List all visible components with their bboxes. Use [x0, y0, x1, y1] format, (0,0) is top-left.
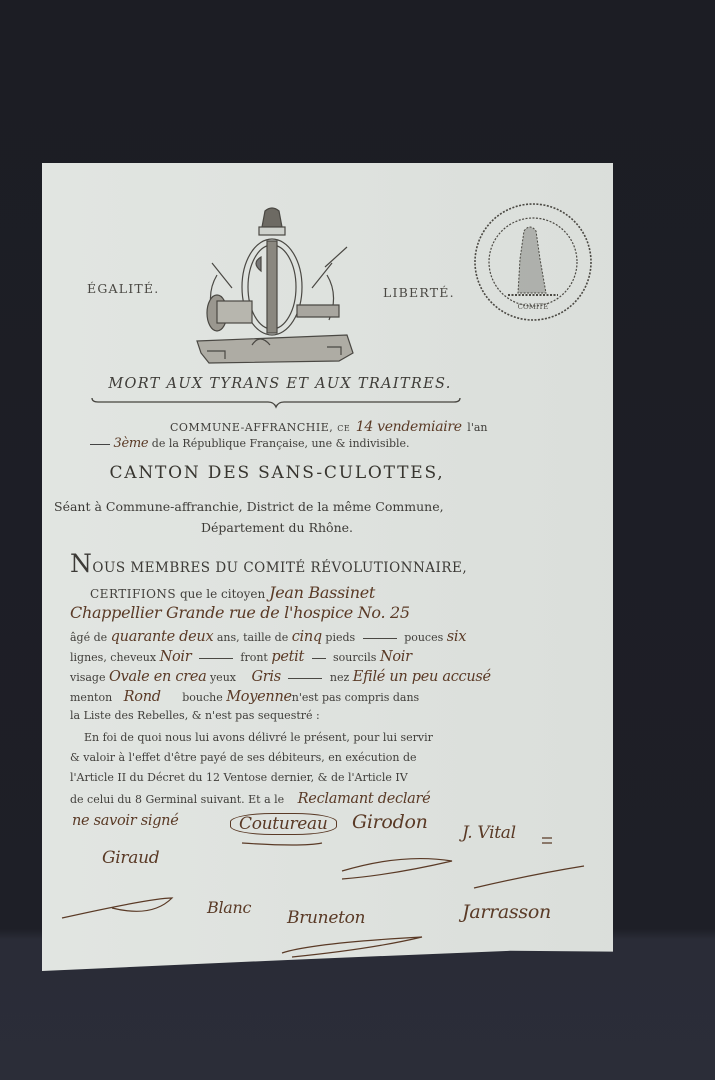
signature-flourishes: [42, 813, 613, 963]
paragraph-line-4-text: de celui du 8 Germinal suivant. Et a le: [70, 793, 284, 806]
rebels-list-row: la Liste des Rebelles, & n'est pas seque…: [70, 709, 320, 722]
paragraph-line-1: En foi de quoi nous lui avons délivré le…: [84, 731, 433, 744]
occupation-row: Chappellier Grande rue de l'hospice No. …: [70, 603, 410, 622]
dateline-row-1: COMMUNE-AFFRANCHIE, ce 14 vendemiaire l'…: [170, 419, 487, 435]
eyes-handwritten: Gris: [251, 669, 280, 685]
paragraph-line-3: l'Article II du Décret du 12 Ventose der…: [70, 771, 408, 784]
dateline-place-label: COMMUNE-AFFRANCHIE, ce: [170, 421, 350, 434]
hair-forehead-row: lignes, cheveux Noir front petit sourcil…: [70, 649, 412, 665]
occupation-address-handwritten: Chappellier Grande rue de l'hospice No. …: [70, 603, 410, 622]
mouth-handwritten: Moyenne: [226, 689, 292, 705]
svg-text:COMITE: COMITE: [518, 303, 549, 311]
slogan-heading: MORT AUX TYRANS ET AUX TRAITRES.: [90, 376, 470, 392]
lignes-label: lignes, cheveux: [70, 651, 156, 664]
dateline-republic-suffix: de la République Française, une & indivi…: [152, 437, 410, 450]
age-label: âgé de: [70, 631, 107, 644]
liberte-motto: LIBERTÉ.: [383, 285, 455, 300]
committee-heading: NOUS MEMBRES DU COMITÉ RÉVOLUTIONNAIRE,: [70, 549, 467, 578]
dateline-handwritten-year: 3ème: [114, 436, 149, 451]
citoyen-label: que le citoyen: [180, 587, 265, 601]
chin-handwritten: Rond: [124, 689, 161, 705]
pieds-label: pieds: [325, 631, 355, 644]
face-eyes-nose-row: visage Ovale en crea yeux Gris nez Efilé…: [70, 669, 491, 685]
paragraph-line-2: & valoir à l'effet d'être payé de ses dé…: [70, 751, 417, 764]
forehead-handwritten: petit: [271, 649, 304, 665]
chin-mouth-row: menton Rond bouche Moyennen'est pas comp…: [70, 689, 419, 705]
age-height-row: âgé de quarante deux ans, taille de cinq…: [70, 629, 466, 645]
revolutionary-certificate-document: ÉGALITÉ. LIBERTÉ. COMITE MORT: [42, 163, 613, 971]
nose-handwritten: Efilé un peu accusé: [353, 669, 491, 685]
certifions-label: CERTIFIONS: [90, 587, 176, 601]
dateline-handwritten-date: 14 vendemiaire: [356, 419, 462, 435]
canton-title: CANTON DES SANS-CULOTTES,: [42, 463, 512, 483]
dateline-lan-label: l'an: [467, 421, 487, 434]
certifions-row: CERTIFIONS que le citoyen Jean Bassinet: [90, 583, 375, 602]
yeux-label: yeux: [210, 671, 236, 684]
not-rebel-text: n'est pas compris dans: [292, 691, 419, 704]
inches-handwritten: six: [447, 629, 466, 645]
eyebrows-handwritten: Noir: [380, 649, 412, 665]
declaration-handwritten: Reclamant declaré: [298, 791, 431, 807]
seant-line: Séant à Commune-affranchie, District de …: [54, 499, 444, 514]
nez-label: nez: [330, 671, 349, 684]
paragraph-line-4: de celui du 8 Germinal suivant. Et a le …: [70, 791, 430, 807]
age-handwritten: quarante deux: [111, 629, 214, 645]
pouces-label: pouces: [404, 631, 443, 644]
sourcils-label: sourcils: [333, 651, 376, 664]
committee-heading-text: OUS MEMBRES DU COMITÉ RÉVOLUTIONNAIRE,: [92, 560, 467, 576]
dateline-row-2: 3ème de la République Française, une & i…: [90, 436, 410, 451]
fasces-emblem-icon: [177, 205, 367, 365]
ans-label: ans, taille de: [217, 631, 288, 644]
committee-seal-stamp-icon: COMITE: [472, 201, 594, 323]
ornamental-brace-divider: [90, 396, 462, 410]
hair-handwritten: Noir: [160, 649, 192, 665]
visage-label: visage: [70, 671, 106, 684]
citizen-name-handwritten: Jean Bassinet: [269, 583, 375, 602]
bouche-label: bouche: [182, 691, 223, 704]
face-handwritten: Ovale en crea: [109, 669, 206, 685]
height-feet-handwritten: cinq: [292, 629, 322, 645]
egalite-motto: ÉGALITÉ.: [87, 281, 159, 296]
committee-drop-cap: N: [70, 549, 92, 578]
department-line: Département du Rhône.: [42, 520, 512, 535]
front-label: front: [240, 651, 267, 664]
menton-label: menton: [70, 691, 112, 704]
